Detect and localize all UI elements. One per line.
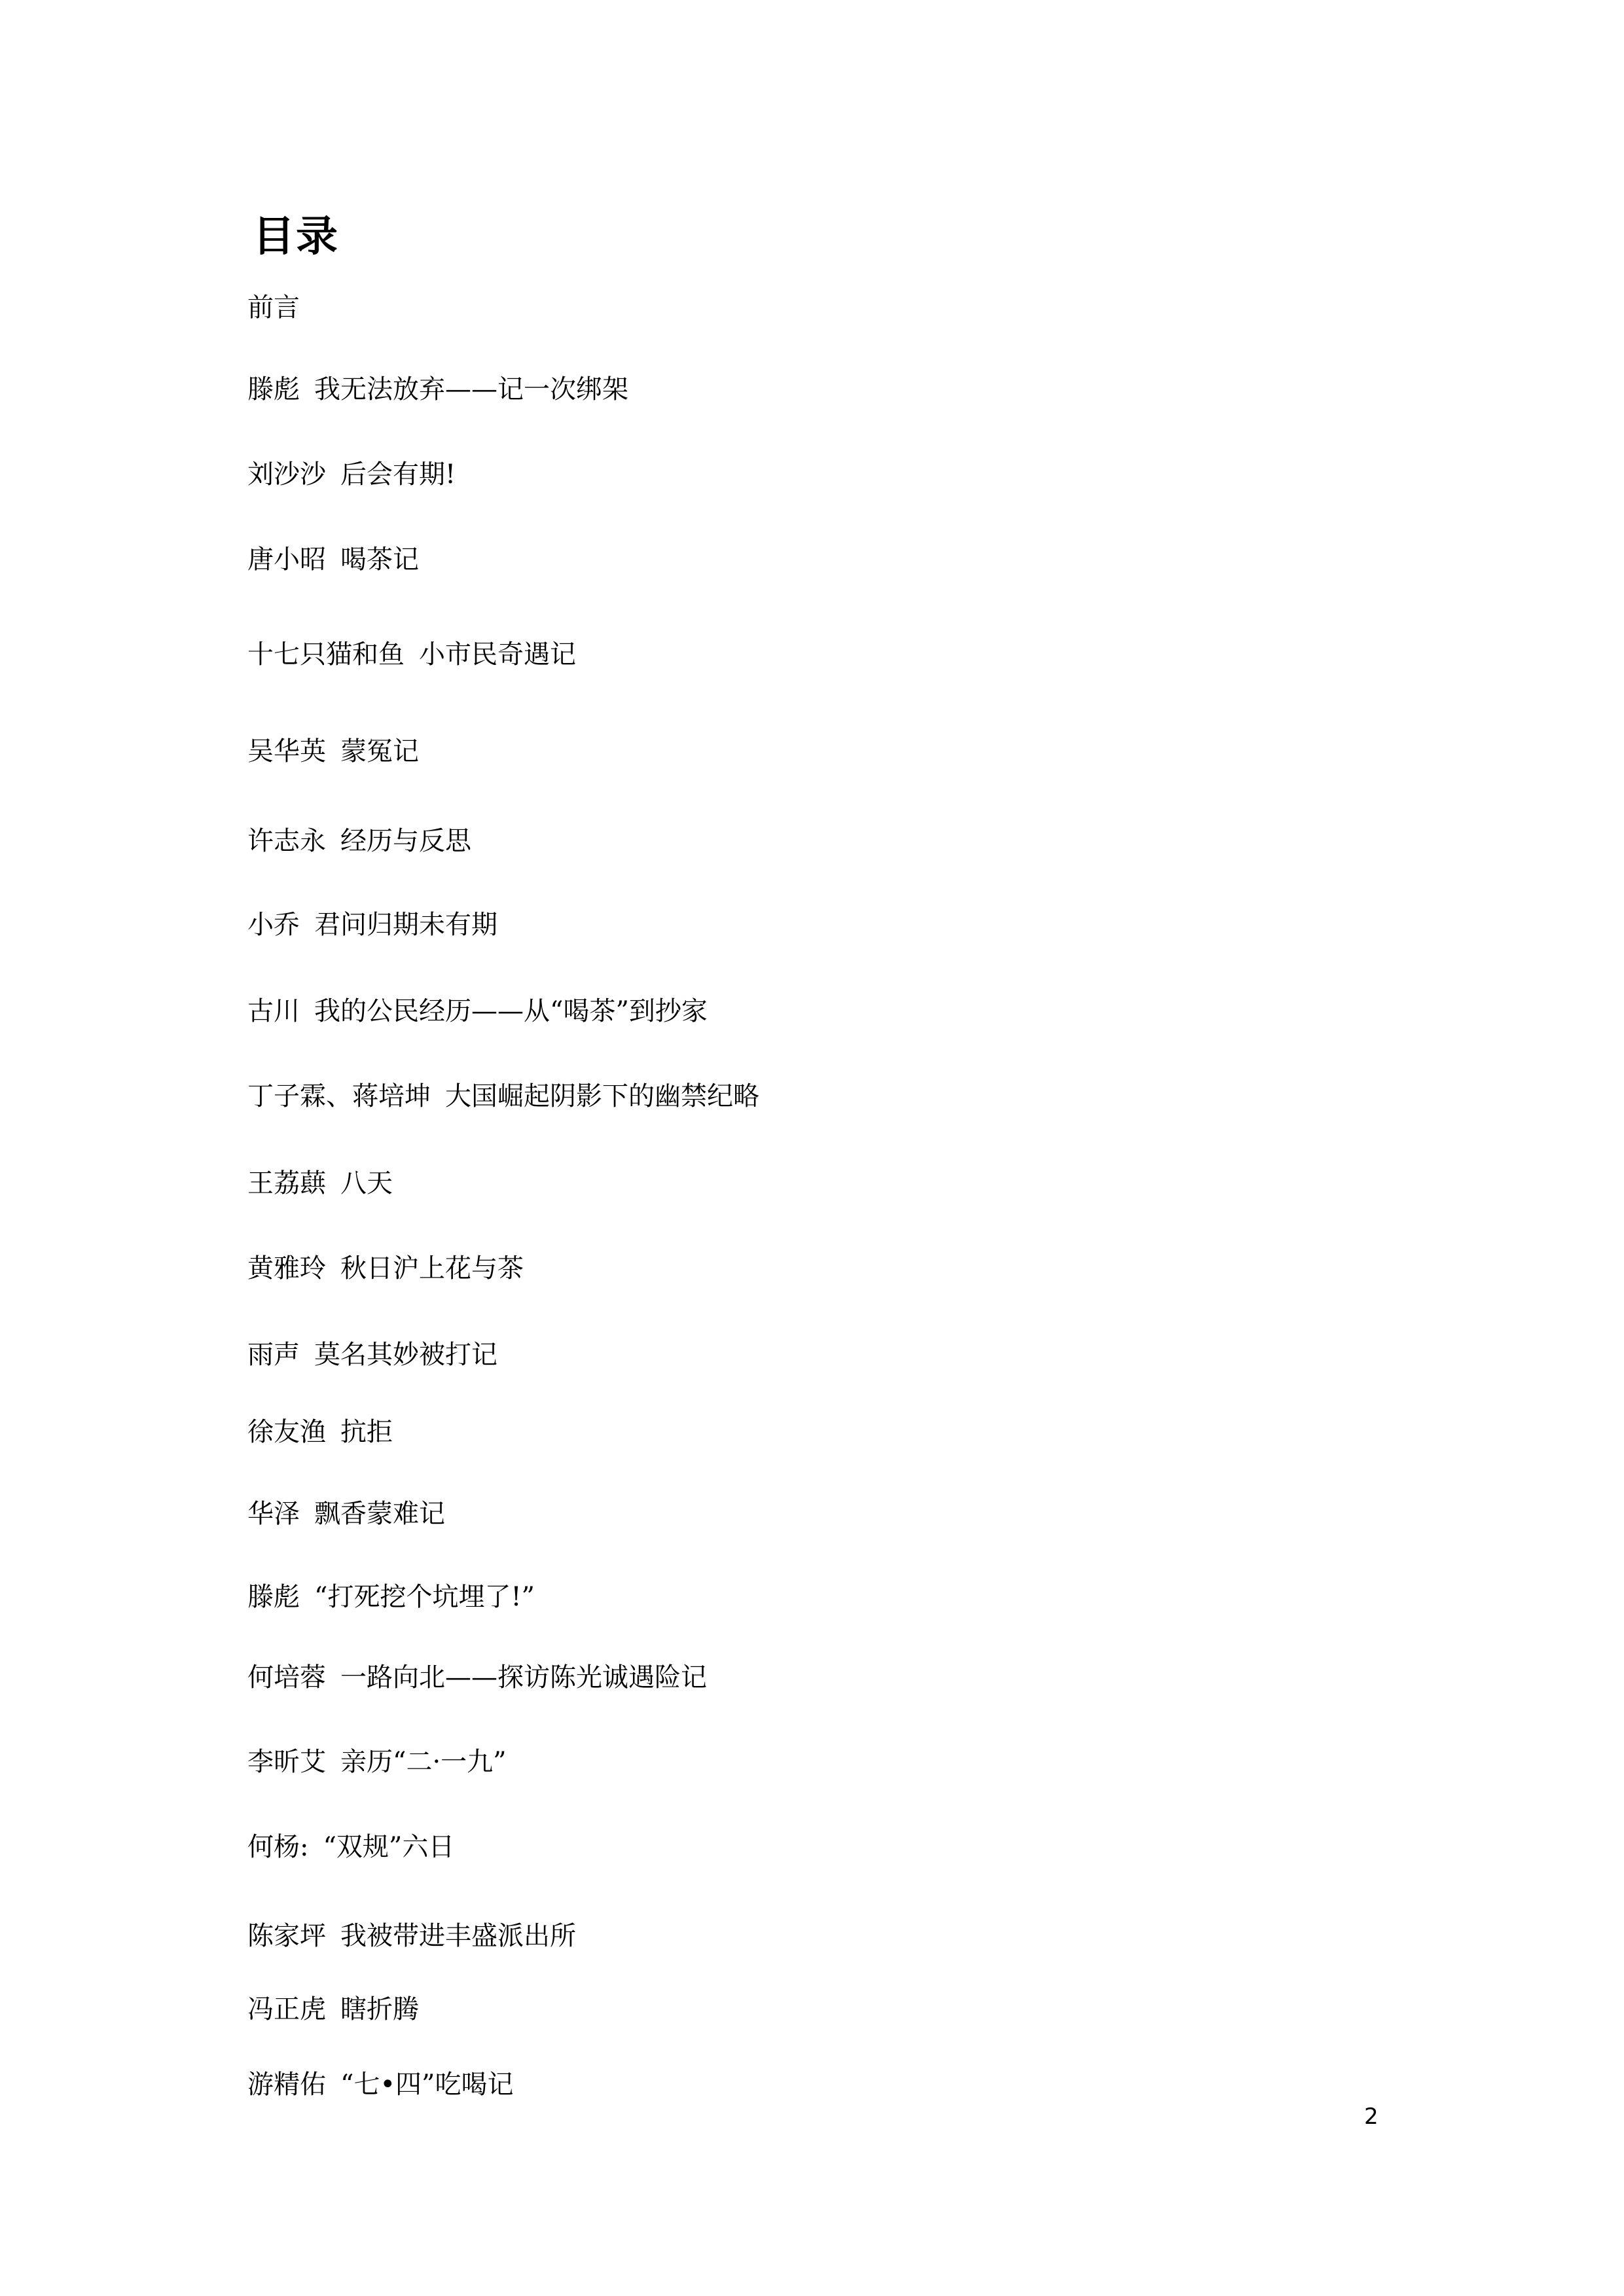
toc-entry-title: 秋日沪上花与茶 xyxy=(340,1253,524,1283)
toc-entry[interactable]: 滕彪“打死挖个坑埋了!” xyxy=(247,1581,535,1613)
toc-entry[interactable]: 唐小昭喝茶记 xyxy=(247,543,419,576)
toc-entry-author: 十七只猫和鱼 xyxy=(247,639,405,670)
toc-entry[interactable]: 雨声莫名其妙被打记 xyxy=(247,1338,497,1371)
toc-entry-title: 蒙冤记 xyxy=(340,736,419,766)
toc-entry-author: 吴华英 xyxy=(247,736,326,766)
toc-entry[interactable]: 黄雅玲秋日沪上花与茶 xyxy=(247,1252,524,1285)
toc-entry-title: 抗拒 xyxy=(340,1417,393,1447)
toc-entry-title: “双规”六日 xyxy=(323,1832,454,1862)
toc-entry-author: 徐友渔 xyxy=(247,1417,326,1447)
toc-entry-author: 古川 xyxy=(247,996,300,1026)
toc-entry-title: 一路向北——探访陈光诚遇险记 xyxy=(340,1662,707,1693)
toc-entry-title: 大国崛起阴影下的幽禁纪略 xyxy=(445,1081,759,1111)
toc-entry-author: 滕彪 xyxy=(247,374,300,404)
toc-entry-author: 李昕艾 xyxy=(247,1747,326,1777)
toc-entry-author: 刘沙沙 xyxy=(247,459,326,490)
toc-entry-title: 飘香蒙难记 xyxy=(314,1499,445,1529)
toc-entry[interactable]: 华泽飘香蒙难记 xyxy=(247,1498,445,1530)
toc-entry-title: 瞎折腾 xyxy=(340,1994,419,2024)
toc-entry-author: 陈家坪 xyxy=(247,1921,326,1951)
toc-entry[interactable]: 刘沙沙后会有期! xyxy=(247,458,456,491)
toc-entry[interactable]: 许志永经历与反思 xyxy=(247,825,471,857)
toc-entry-title: 君问归期未有期 xyxy=(314,910,497,940)
toc-entry-title: “七•四”吃喝记 xyxy=(340,2070,514,2100)
toc-entry-title: 后会有期! xyxy=(340,459,456,490)
toc-entry-title: “打死挖个坑埋了!” xyxy=(314,1582,535,1612)
toc-entry-title: 喝茶记 xyxy=(340,545,419,575)
toc-entry[interactable]: 小乔君问归期未有期 xyxy=(247,908,497,941)
toc-entry[interactable]: 陈家坪我被带进丰盛派出所 xyxy=(247,1920,576,1952)
toc-entry[interactable]: 王荔蕻八天 xyxy=(247,1167,393,1200)
toc-entry[interactable]: 十七只猫和鱼小市民奇遇记 xyxy=(247,638,576,671)
toc-entry-author: 滕彪 xyxy=(247,1582,300,1612)
toc-entry-title: 我被带进丰盛派出所 xyxy=(340,1921,576,1951)
toc-entry-author: 游精佑 xyxy=(247,2070,326,2100)
toc-entry-author: 前言 xyxy=(247,293,300,323)
toc-entry[interactable]: 徐友渔抗拒 xyxy=(247,1416,393,1448)
toc-entry-author: 黄雅玲 xyxy=(247,1253,326,1283)
toc-entry[interactable]: 古川我的公民经历——从“喝茶”到抄家 xyxy=(247,995,708,1028)
toc-entry[interactable]: 冯正虎瞎折腾 xyxy=(247,1993,419,2026)
toc-entry[interactable]: 何培蓉一路向北——探访陈光诚遇险记 xyxy=(247,1661,707,1694)
toc-entry-title: 我的公民经历——从“喝茶”到抄家 xyxy=(314,996,708,1026)
toc-entry-author: 许志永 xyxy=(247,826,326,856)
toc-entry[interactable]: 吴华英蒙冤记 xyxy=(247,735,419,768)
toc-entry[interactable]: 前言 xyxy=(247,291,314,324)
toc-entry-title: 莫名其妙被打记 xyxy=(314,1340,497,1370)
toc-entry-author: 雨声 xyxy=(247,1340,300,1370)
toc-entry-title: 八天 xyxy=(340,1168,393,1198)
toc-entry-author: 王荔蕻 xyxy=(247,1168,326,1198)
toc-entry-title: 经历与反思 xyxy=(340,826,471,856)
toc-entry[interactable]: 游精佑“七•四”吃喝记 xyxy=(247,2068,514,2101)
toc-entry-author: 华泽 xyxy=(247,1499,300,1529)
page-number: 2 xyxy=(1364,2104,1379,2130)
toc-entry[interactable]: 丁子霖、蒋培坤大国崛起阴影下的幽禁纪略 xyxy=(247,1080,759,1113)
toc-entry-author: 小乔 xyxy=(247,910,300,940)
toc-entry-title: 我无法放弃——记一次绑架 xyxy=(314,374,628,404)
toc-entry-author: 何培蓉 xyxy=(247,1662,326,1693)
toc-entry[interactable]: 滕彪我无法放弃——记一次绑架 xyxy=(247,373,628,406)
document-page: 目录 前言滕彪我无法放弃——记一次绑架刘沙沙后会有期!唐小昭喝茶记十七只猫和鱼小… xyxy=(0,0,1624,2296)
toc-entry-title: 小市民奇遇记 xyxy=(419,639,576,670)
toc-entry[interactable]: 李昕艾亲历“二·一九” xyxy=(247,1746,507,1778)
toc-entry-author: 冯正虎 xyxy=(247,1994,326,2024)
toc-entry-author: 唐小昭 xyxy=(247,545,326,575)
toc-title: 目录 xyxy=(253,211,339,263)
toc-entry[interactable]: 何杨:“双规”六日 xyxy=(247,1831,454,1863)
toc-entry-title: 亲历“二·一九” xyxy=(340,1747,507,1777)
toc-entry-author: 何杨: xyxy=(247,1832,308,1862)
toc-entry-author: 丁子霖、蒋培坤 xyxy=(247,1081,431,1111)
